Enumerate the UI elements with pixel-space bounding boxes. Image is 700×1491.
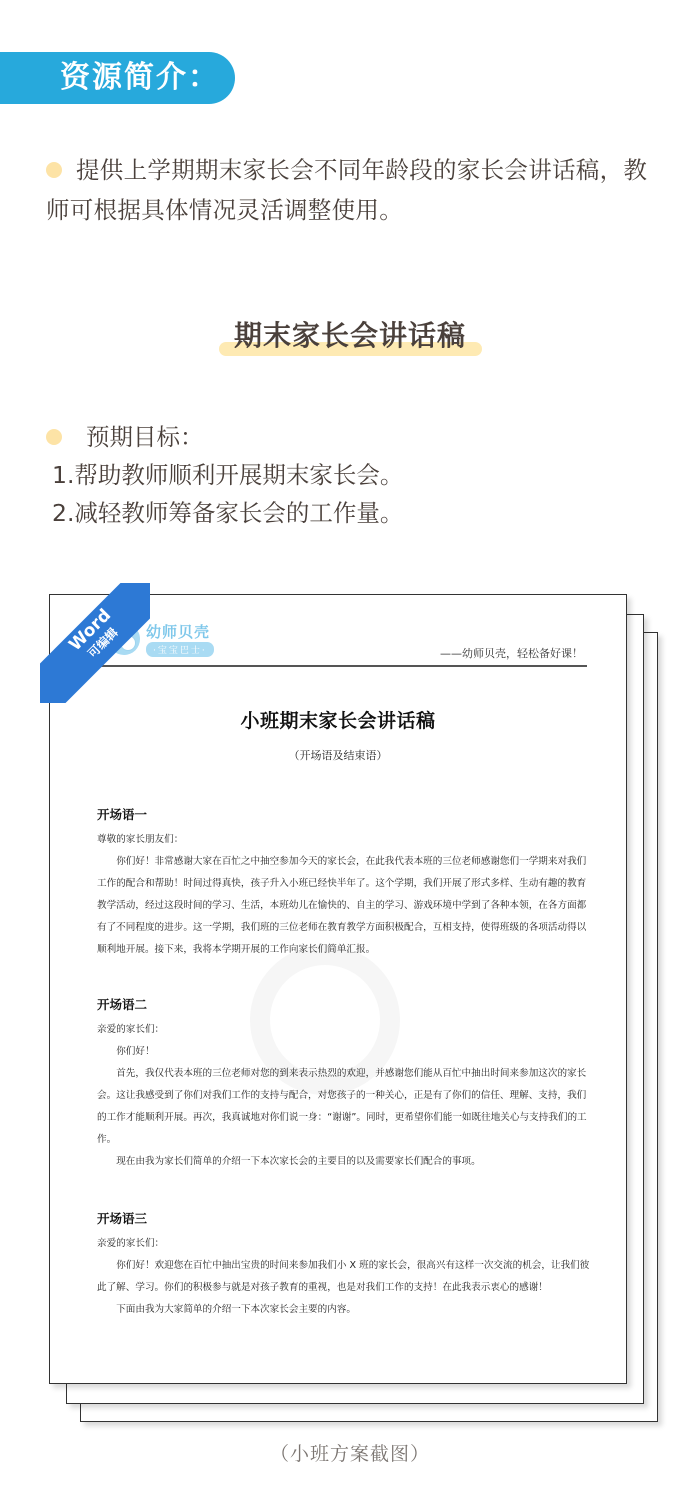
- ribbon-editable-label: 可编辑: [40, 583, 150, 703]
- paragraph: 首先，我仅代表本班的三位老师对您的到来表示热烈的欢迎，并感谢您们能从百忙中抽出时…: [97, 1063, 592, 1151]
- greeting: 亲爱的家长们：: [97, 1019, 592, 1041]
- document-subtitle: （开场语及结束语）: [50, 747, 626, 763]
- section-heading: 开场语二: [97, 995, 592, 1015]
- paragraph: 下面由我为大家简单的介绍一下本次家长会主要的内容。: [97, 1299, 592, 1321]
- goals-block: 预期目标： 1.帮助教师顺利开展期末家长会。 2.减轻教师筹备家长会的工作量。: [46, 418, 403, 532]
- intro-tag: 资源简介：: [0, 52, 235, 104]
- paragraph: 你们好！: [97, 1041, 592, 1063]
- bullet-dot-icon: [46, 162, 62, 178]
- paragraph: 你们好！欢迎您在百忙中抽出宝贵的时间来参加我们小 X 班的家长会，很高兴有这样一…: [97, 1255, 592, 1299]
- goal-item: 2.减轻教师筹备家长会的工作量。: [46, 494, 403, 532]
- logo-name: 幼师贝壳: [146, 621, 210, 642]
- intro-tag-label: 资源简介：: [60, 60, 220, 96]
- opening-section-1: 开场语一 尊敬的家长朋友们： 你们好！非常感谢大家在百忙之中抽空参加今天的家长会…: [97, 805, 592, 961]
- section-heading: 开场语一: [97, 805, 592, 825]
- word-editable-ribbon: Word 可编辑: [40, 583, 150, 703]
- header-divider: [97, 665, 587, 667]
- document-preview-page: 幼师贝壳 ·宝宝巴士· ——幼师贝壳，轻松备好课！ 小班期末家长会讲话稿 （开场…: [49, 594, 627, 1384]
- section-title: 期末家长会讲话稿: [0, 316, 700, 356]
- bullet-dot-icon: [46, 429, 62, 445]
- goal-item: 1.帮助教师顺利开展期末家长会。: [46, 456, 403, 494]
- paragraph: 你们好！非常感谢大家在百忙之中抽空参加今天的家长会，在此我代表本班的三位老师感谢…: [97, 851, 592, 961]
- screenshot-caption: （小班方案截图）: [0, 1439, 700, 1466]
- document-title: 小班期末家长会讲话稿: [50, 706, 626, 733]
- section-heading: 开场语三: [97, 1209, 592, 1229]
- section-title-text: 期末家长会讲话稿: [234, 319, 466, 352]
- logo-sub: ·宝宝巴士·: [146, 642, 214, 657]
- opening-section-3: 开场语三 亲爱的家长们： 你们好！欢迎您在百忙中抽出宝贵的时间来参加我们小 X …: [97, 1209, 592, 1321]
- greeting: 亲爱的家长们：: [97, 1233, 592, 1255]
- opening-section-2: 开场语二 亲爱的家长们： 你们好！ 首先，我仅代表本班的三位老师对您的到来表示热…: [97, 995, 592, 1173]
- goals-label: 预期目标：: [86, 423, 204, 451]
- header-slogan: ——幼师贝壳，轻松备好课！: [440, 645, 583, 661]
- paragraph: 现在由我为家长们简单的介绍一下本次家长会的主要目的以及需要家长们配合的事项。: [97, 1151, 592, 1173]
- intro-bullet-text: 提供上学期期末家长会不同年龄段的家长会讲话稿，教师可根据具体情况灵活调整使用。: [46, 156, 647, 224]
- greeting: 尊敬的家长朋友们：: [97, 829, 592, 851]
- intro-description: 提供上学期期末家长会不同年龄段的家长会讲话稿，教师可根据具体情况灵活调整使用。: [46, 150, 666, 230]
